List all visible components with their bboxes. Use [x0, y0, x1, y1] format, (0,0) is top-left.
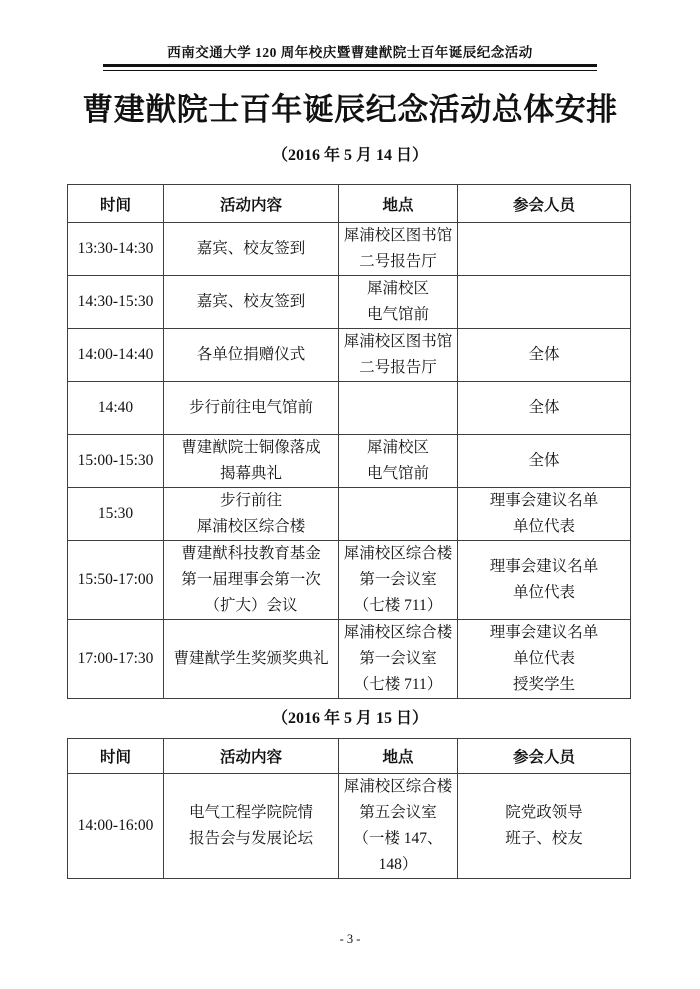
cell-activity: 曹建猷院士铜像落成 揭幕典礼 — [164, 435, 339, 488]
header-rule — [103, 64, 597, 71]
cell-location — [339, 382, 458, 435]
cell-time: 17:00-17:30 — [68, 620, 164, 699]
cell-activity: 曹建猷学生奖颁奖典礼 — [164, 620, 339, 699]
cell-time: 14:00-16:00 — [68, 774, 164, 879]
cell-location: 犀浦校区综合楼 第五会议室 （一楼 147、148） — [339, 774, 458, 879]
running-header-text: 西南交通大学 120 周年校庆暨曹建猷院士百年诞辰纪念活动 — [103, 44, 597, 61]
cell-location — [339, 488, 458, 541]
cell-location: 犀浦校区综合楼 第一会议室 （七楼 711） — [339, 541, 458, 620]
column-header: 地点 — [339, 739, 458, 774]
cell-activity: 曹建猷科技教育基金 第一届理事会第一次 （扩大）会议 — [164, 541, 339, 620]
cell-participants — [458, 223, 631, 276]
cell-participants: 理事会建议名单 单位代表 — [458, 541, 631, 620]
table-row: 15:30步行前往 犀浦校区综合楼理事会建议名单 单位代表 — [68, 488, 631, 541]
page-title: 曹建猷院士百年诞辰纪念活动总体安排 — [0, 88, 700, 132]
date-heading-may-14: （2016 年 5 月 14 日） — [0, 145, 700, 167]
column-header: 时间 — [68, 739, 164, 774]
column-header: 活动内容 — [164, 185, 339, 223]
cell-participants: 全体 — [458, 382, 631, 435]
cell-participants: 全体 — [458, 329, 631, 382]
table-row: 14:30-15:30嘉宾、校友签到犀浦校区 电气馆前 — [68, 276, 631, 329]
cell-participants — [458, 276, 631, 329]
table-row: 15:00-15:30曹建猷院士铜像落成 揭幕典礼犀浦校区 电气馆前全体 — [68, 435, 631, 488]
cell-activity: 电气工程学院院情 报告会与发展论坛 — [164, 774, 339, 879]
cell-time: 14:40 — [68, 382, 164, 435]
table-row: 15:50-17:00曹建猷科技教育基金 第一届理事会第一次 （扩大）会议犀浦校… — [68, 541, 631, 620]
cell-time: 15:00-15:30 — [68, 435, 164, 488]
column-header: 地点 — [339, 185, 458, 223]
column-header: 参会人员 — [458, 739, 631, 774]
date-heading-may-15: （2016 年 5 月 15 日） — [0, 708, 700, 730]
cell-participants: 全体 — [458, 435, 631, 488]
cell-time: 14:30-15:30 — [68, 276, 164, 329]
cell-activity: 嘉宾、校友签到 — [164, 276, 339, 329]
table-row: 14:00-16:00电气工程学院院情 报告会与发展论坛犀浦校区综合楼 第五会议… — [68, 774, 631, 879]
cell-participants: 院党政领导 班子、校友 — [458, 774, 631, 879]
cell-location: 犀浦校区 电气馆前 — [339, 276, 458, 329]
schedule-table-may-15: 时间活动内容地点参会人员 14:00-16:00电气工程学院院情 报告会与发展论… — [67, 738, 631, 879]
cell-time: 13:30-14:30 — [68, 223, 164, 276]
cell-activity: 步行前往电气馆前 — [164, 382, 339, 435]
table-row: 14:00-14:40各单位捐赠仪式犀浦校区图书馆 二号报告厅全体 — [68, 329, 631, 382]
cell-activity: 各单位捐赠仪式 — [164, 329, 339, 382]
cell-participants: 理事会建议名单 单位代表 — [458, 488, 631, 541]
schedule-table-may-14: 时间活动内容地点参会人员 13:30-14:30嘉宾、校友签到犀浦校区图书馆 二… — [67, 184, 631, 699]
column-header: 时间 — [68, 185, 164, 223]
cell-location: 犀浦校区 电气馆前 — [339, 435, 458, 488]
cell-location: 犀浦校区图书馆 二号报告厅 — [339, 223, 458, 276]
cell-location: 犀浦校区综合楼 第一会议室 （七楼 711） — [339, 620, 458, 699]
cell-activity: 嘉宾、校友签到 — [164, 223, 339, 276]
table-row: 14:40步行前往电气馆前全体 — [68, 382, 631, 435]
column-header: 参会人员 — [458, 185, 631, 223]
cell-participants: 理事会建议名单 单位代表 授奖学生 — [458, 620, 631, 699]
table-row: 13:30-14:30嘉宾、校友签到犀浦校区图书馆 二号报告厅 — [68, 223, 631, 276]
table-header-row: 时间活动内容地点参会人员 — [68, 739, 631, 774]
table-row: 17:00-17:30曹建猷学生奖颁奖典礼犀浦校区综合楼 第一会议室 （七楼 7… — [68, 620, 631, 699]
page-number: - 3 - — [0, 931, 700, 947]
table-header-row: 时间活动内容地点参会人员 — [68, 185, 631, 223]
cell-time: 14:00-14:40 — [68, 329, 164, 382]
cell-time: 15:30 — [68, 488, 164, 541]
column-header: 活动内容 — [164, 739, 339, 774]
cell-location: 犀浦校区图书馆 二号报告厅 — [339, 329, 458, 382]
document-page: 西南交通大学 120 周年校庆暨曹建猷院士百年诞辰纪念活动 曹建猷院士百年诞辰纪… — [0, 0, 700, 989]
document-header: 西南交通大学 120 周年校庆暨曹建猷院士百年诞辰纪念活动 — [103, 44, 597, 71]
cell-time: 15:50-17:00 — [68, 541, 164, 620]
cell-activity: 步行前往 犀浦校区综合楼 — [164, 488, 339, 541]
